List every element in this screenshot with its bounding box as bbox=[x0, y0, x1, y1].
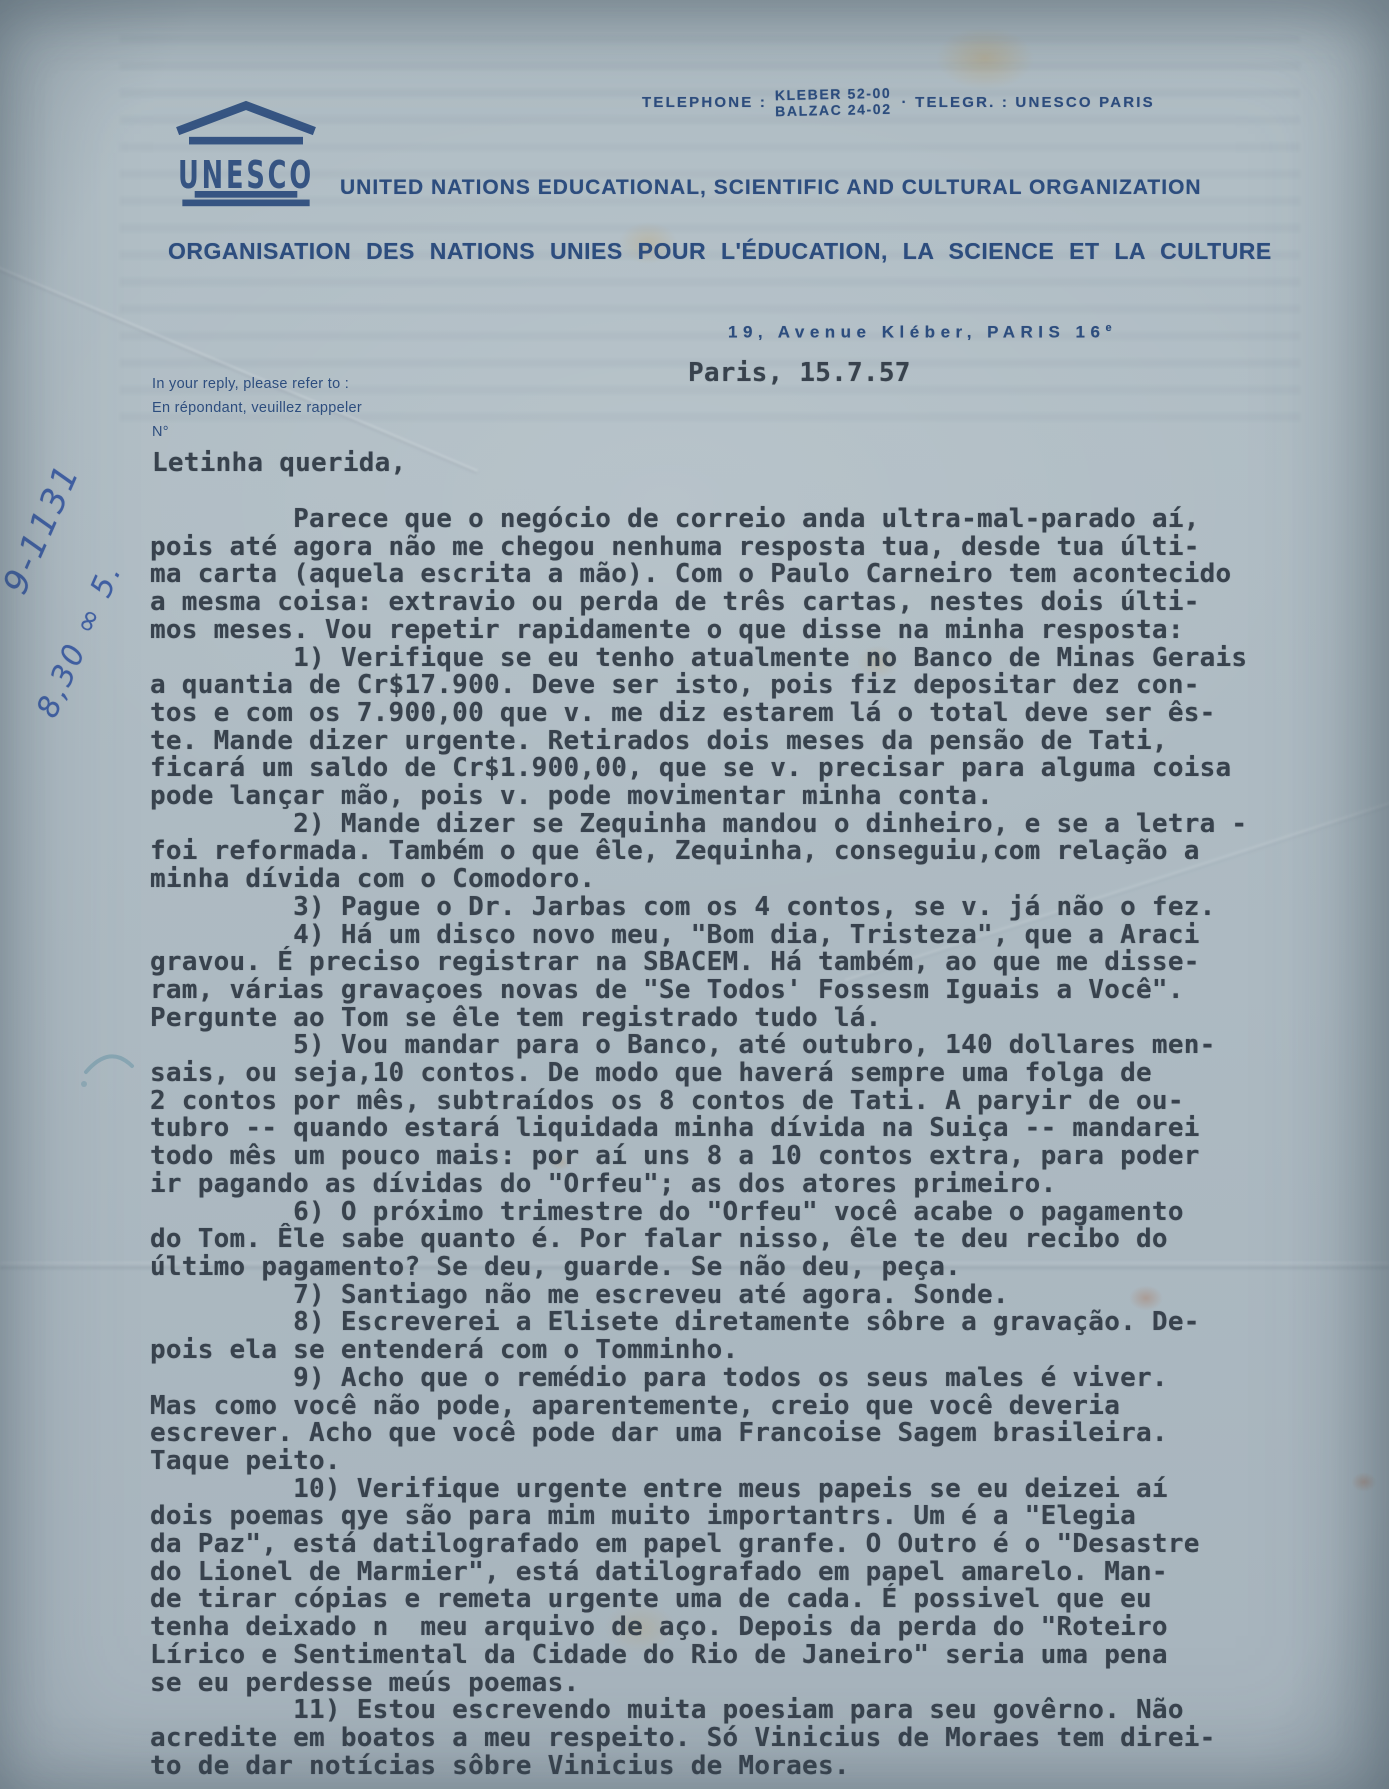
telephone-telegraph-line: TELEPHONE : KLEBER 52-00 BALZAC 24-02 · … bbox=[642, 86, 1155, 118]
letter-page: TELEPHONE : KLEBER 52-00 BALZAC 24-02 · … bbox=[0, 0, 1389, 1789]
address-superscript: e bbox=[1105, 322, 1111, 334]
reply-note-english: In your reply, please refer to : bbox=[152, 372, 362, 396]
unesco-logo-text: UNESCO bbox=[178, 153, 314, 198]
org-name-english: UNITED NATIONS EDUCATIONAL, SCIENTIFIC A… bbox=[340, 176, 1202, 200]
letterhead-address: 19, Avenue Kléber, PARIS 16e bbox=[728, 322, 1112, 343]
telegraph-label: · TELEGR. : UNESCO PARIS bbox=[902, 94, 1155, 111]
telephone-number-2: BALZAC 24-02 bbox=[775, 101, 892, 119]
letter-salutation: Letinha querida, bbox=[152, 448, 406, 478]
reply-note-french: En répondant, veuillez rappeler bbox=[152, 396, 362, 420]
letter-body: Parece que o negócio de correio anda ult… bbox=[150, 506, 1247, 1780]
telephone-numbers: KLEBER 52-00 BALZAC 24-02 bbox=[775, 85, 892, 119]
org-name-french: ORGANISATION DES NATIONS UNIES POUR L'ÉD… bbox=[168, 238, 1272, 265]
address-text: 19, Avenue Kléber, PARIS 16 bbox=[728, 323, 1105, 342]
telephone-label: TELEPHONE : bbox=[642, 94, 767, 111]
letter-date: Paris, 15.7.57 bbox=[688, 358, 911, 388]
reply-number-label: N° bbox=[152, 420, 362, 444]
unesco-logo-icon: UNESCO bbox=[170, 98, 322, 208]
handwritten-margin-note-1: 9-1131 bbox=[0, 457, 88, 600]
reply-reference-block: In your reply, please refer to : En répo… bbox=[152, 372, 362, 444]
handwritten-margin-note-2: 8,30 ∞ 5. bbox=[30, 557, 130, 723]
